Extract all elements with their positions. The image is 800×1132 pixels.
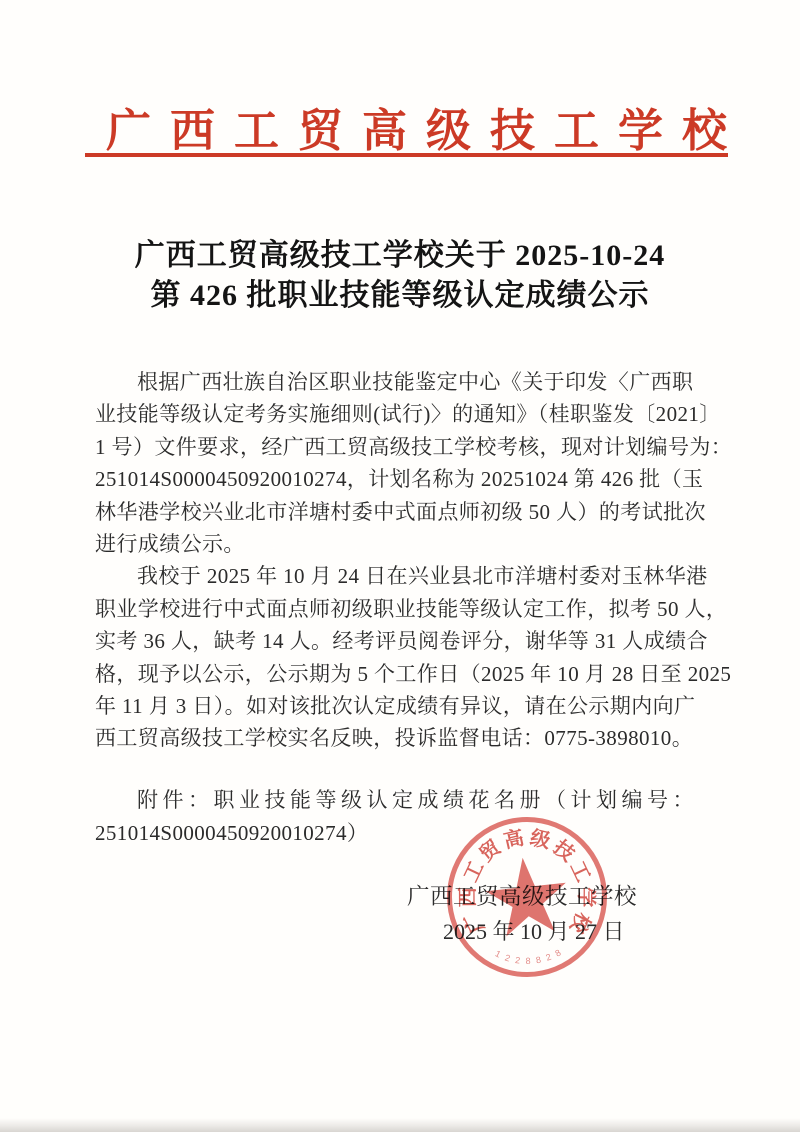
masthead-school-name: 广西工贸高级技工学校: [87, 94, 730, 159]
seal-serial-digit: 8: [526, 956, 531, 966]
document-title-line-1: 广西工贸高级技工学校关于 2025-10-24: [0, 236, 800, 276]
body-line: 实考 36 人，缺考 14 人。经考评员阅卷评分，谢华等 31 人成绩合: [95, 625, 717, 657]
official-seal: 广西工贸高级技工学校 1228828: [447, 817, 607, 977]
body-line: 业技能等级认定考务实施细则(试行)〉的通知》（桂职鉴发〔2021〕: [95, 398, 717, 430]
body-line: 1 号）文件要求，经广西工贸高级技工学校考核，现对计划编号为：: [95, 431, 717, 463]
body-line: 职业学校进行中式面点师初级职业技能等级认定工作，拟考 50 人，: [95, 593, 717, 625]
attachment-line-1: 附件：职业技能等级认定成绩花名册（计划编号：: [95, 784, 717, 817]
document-title-line-2: 第 426 批职业技能等级认定成绩公示: [0, 276, 800, 316]
attachment-line-2: 251014S0000450920010274）: [95, 817, 717, 850]
body-line: 格，现予以公示，公示期为 5 个工作日（2025 年 10 月 28 日至 20…: [95, 658, 717, 690]
paragraph-2: 我校于 2025 年 10 月 24 日在兴业县北市洋塘村委对玉林华港 职业学校…: [95, 560, 717, 754]
seal-arc-char: 西: [451, 887, 480, 907]
attachment-note: 附件：职业技能等级认定成绩花名册（计划编号： 251014S0000450920…: [95, 784, 717, 850]
page-bottom-scan-shadow: [0, 1118, 800, 1132]
document-page: 广西工贸高级技工学校 广西工贸高级技工学校关于 2025-10-24 第 426…: [0, 0, 800, 1132]
body-line: 年 11 月 3 日）。如对该批次认定成绩有异议，请在公示期内向广: [95, 690, 717, 722]
paragraph-1: 根据广西壮族自治区职业技能鉴定中心《关于印发〈广西职 业技能等级认定考务实施细则…: [95, 366, 717, 560]
seal-arc-char: 学: [573, 887, 602, 907]
body-line: 251014S0000450920010274，计划名称为 20251024 第…: [95, 463, 717, 495]
body-line: 西工贸高级技工学校实名反映，投诉监督电话：0775-3898010。: [95, 722, 717, 754]
document-body: 根据广西壮族自治区职业技能鉴定中心《关于印发〈广西职 业技能等级认定考务实施细则…: [95, 366, 717, 755]
body-line: 进行成绩公示。: [95, 528, 717, 560]
body-line: 根据广西壮族自治区职业技能鉴定中心《关于印发〈广西职: [95, 366, 717, 398]
document-title: 广西工贸高级技工学校关于 2025-10-24 第 426 批职业技能等级认定成…: [0, 236, 800, 316]
masthead-rule: [85, 153, 728, 157]
body-line: 林华港学校兴业北市洋塘村委中式面点师初级 50 人）的考试批次: [95, 496, 717, 528]
body-line: 我校于 2025 年 10 月 24 日在兴业县北市洋塘村委对玉林华港: [95, 560, 717, 592]
